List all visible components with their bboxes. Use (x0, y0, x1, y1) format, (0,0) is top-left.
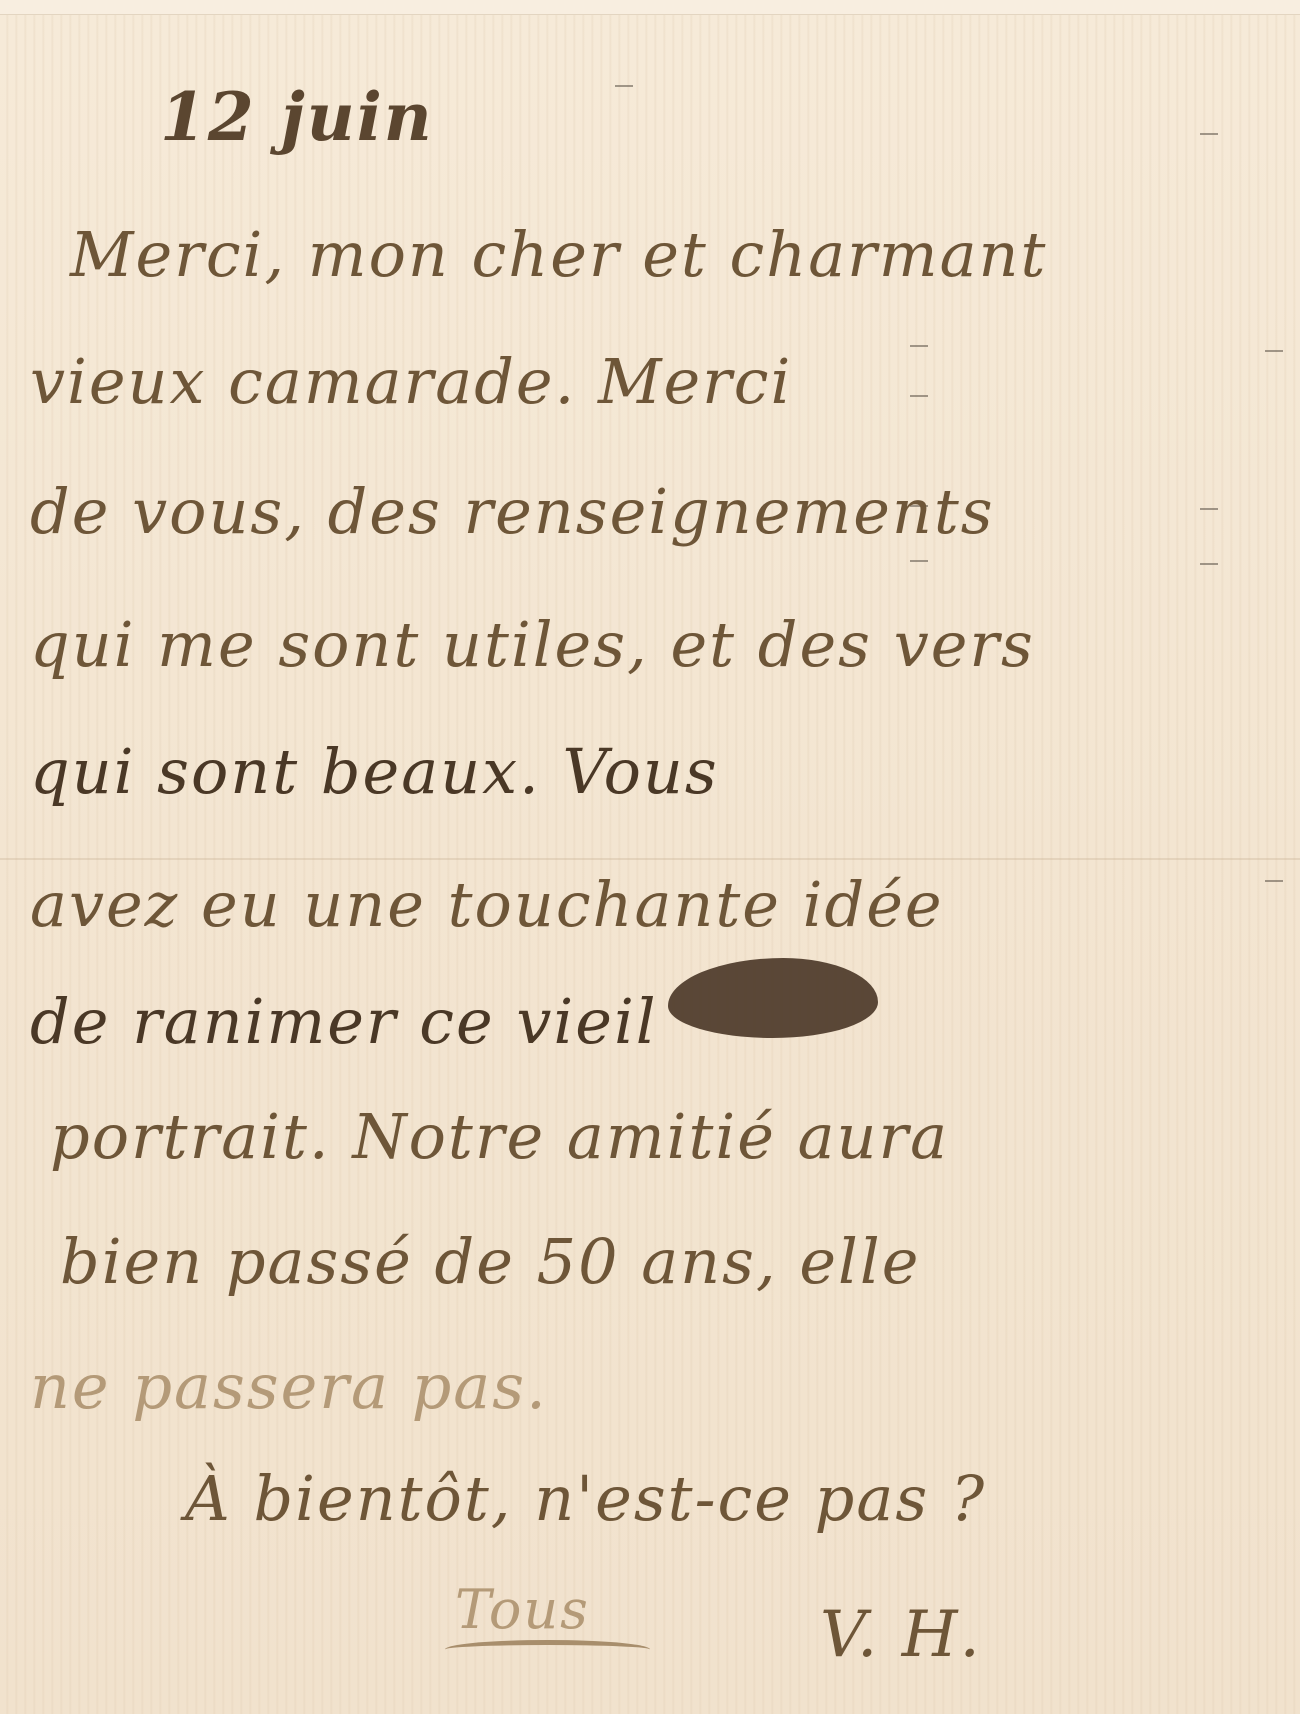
chain-mark (1200, 563, 1218, 565)
letter-closing: Tous (455, 1578, 590, 1641)
chain-mark (1265, 350, 1283, 352)
chain-mark (910, 395, 928, 397)
chain-mark (1265, 880, 1283, 882)
ink-blot (668, 958, 878, 1038)
letter-signature: V. H. (820, 1598, 982, 1672)
letter-line-11: À bientôt, n'est-ce pas ? (185, 1462, 986, 1535)
letter-line-1: Merci, mon cher et charmant (70, 218, 1047, 291)
paper-top-edge (0, 0, 1300, 15)
letter-line-5: qui sont beaux. Vous (30, 735, 719, 808)
chain-mark (910, 345, 928, 347)
letter-line-2: vieux camarade. Merci (30, 345, 792, 418)
chain-mark (910, 560, 928, 562)
closing-underline (445, 1640, 650, 1659)
letter-page: 12 juin Merci, mon cher et charmant vieu… (0, 0, 1300, 1714)
chain-mark (1200, 133, 1218, 135)
chain-mark (1200, 508, 1218, 510)
letter-line-7: de ranimer ce vieil (30, 985, 658, 1058)
letter-line-10: ne passera pas. (30, 1350, 548, 1423)
paper-fold (0, 858, 1300, 860)
letter-line-6: avez eu une touchante idée (30, 868, 944, 941)
letter-line-4: qui me sont utiles, et des vers (30, 608, 1035, 681)
letter-line-9: bien passé de 50 ans, elle (60, 1225, 920, 1298)
letter-line-8: portrait. Notre amitié aura (50, 1100, 949, 1173)
chain-mark (615, 85, 633, 87)
letter-line-3: de vous, des renseignements (30, 475, 995, 548)
letter-date: 12 juin (160, 78, 434, 156)
